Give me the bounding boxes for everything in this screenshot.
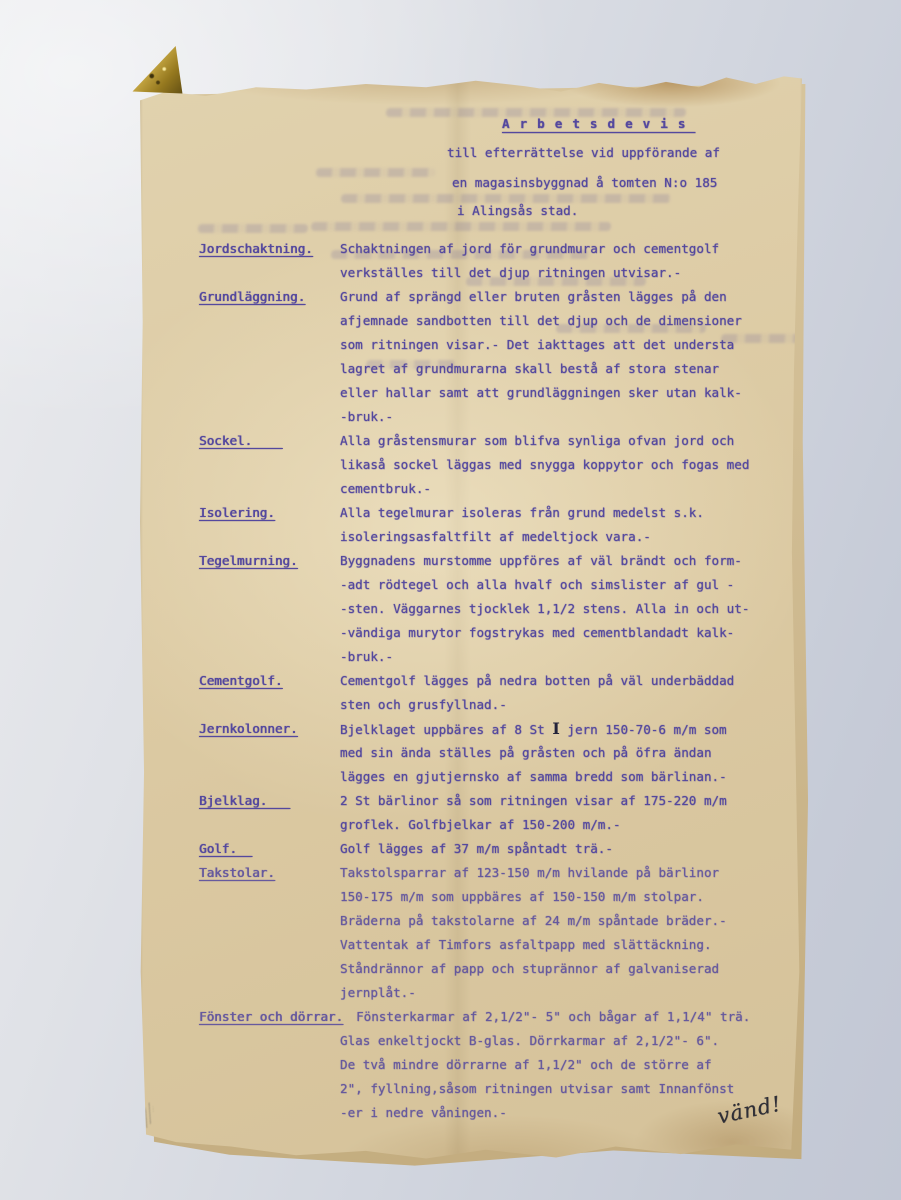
document-page: Arbetsdevis till efterrättelse vid uppfö… (136, 72, 806, 1164)
subtitle-line-1: till efterrättelse vid uppförande af (447, 145, 720, 160)
text-line: Bräderna på takstolarne af 24 m/m spånta… (340, 909, 806, 933)
section-lines: Byggnadens murstomme uppföres af väl brä… (340, 549, 806, 669)
section-lines: Grund af sprängd eller bruten gråsten lä… (340, 285, 806, 429)
text-line: 2 St bärlinor så som ritningen visar af … (340, 789, 806, 813)
section-label: Isolering. (199, 501, 275, 525)
section-label: Cementgolf. (199, 669, 282, 693)
section-lines: Schaktningen af jord för grundmurar och … (340, 237, 806, 285)
text-line: De två mindre dörrarne af 1,1/2" och de … (340, 1053, 806, 1077)
text-line: Glas enkeltjockt B-glas. Dörrkarmar af 2… (340, 1029, 806, 1053)
text-line: Vattentak af Timfors asfaltpapp med slät… (340, 933, 806, 957)
subtitle-line-2: en magasinsbyggnad å tomten N:o 185 (452, 175, 717, 190)
section-row: Fönster och dörrar.Fönsterkarmar af 2,1/… (136, 1005, 806, 1125)
text-line: jernplåt.- (340, 981, 806, 1005)
text-line: Bjelklaget uppbäres af 8 St I jern 150-7… (340, 717, 806, 741)
text-line: Alla tegelmurar isoleras från grund mede… (340, 501, 806, 525)
text-line: likaså sockel läggas med snygga koppytor… (340, 453, 806, 477)
text-line: 2", fyllning,såsom ritningen utvisar sam… (340, 1077, 806, 1101)
brass-corner-clip (132, 45, 184, 95)
bleedthrough-smudge (311, 222, 611, 231)
section-label: Tegelmurning. (199, 549, 298, 573)
text-line: Ståndrännor af papp och stuprännor af ga… (340, 957, 806, 981)
bleedthrough-smudge (198, 224, 308, 233)
section-row: Bjelklag. 2 St bärlinor så som ritningen… (136, 789, 806, 837)
text-line: sten och grusfyllnad.- (340, 693, 806, 717)
section-lines: Alla tegelmurar isoleras från grund mede… (340, 501, 806, 549)
section-label: Bjelklag. (199, 789, 290, 813)
section-lines: Golf lägges af 37 m/m spåntadt trä.- (340, 837, 806, 861)
section-lines: Takstolsparrar af 123-150 m/m hvilande p… (340, 861, 806, 1005)
text-line: lägges en gjutjernsko af samma bredd som… (340, 765, 806, 789)
text-line: -bruk.- (340, 645, 806, 669)
ibeam-symbol: I (552, 719, 559, 738)
text-line: Fönster och dörrar.Fönsterkarmar af 2,1/… (199, 1005, 806, 1029)
text-line: Grund af sprängd eller bruten gråsten lä… (340, 285, 806, 309)
section-label: Takstolar. (199, 861, 275, 885)
text-line: Golf lägges af 37 m/m spåntadt trä.- (340, 837, 806, 861)
section-row: Jernkolonner. Bjelklaget uppbäres af 8 S… (136, 717, 806, 789)
section-label: Sockel. (199, 429, 282, 453)
document-title: Arbetsdevis (502, 116, 695, 131)
section-row: Golf. Golf lägges af 37 m/m spåntadt trä… (136, 837, 806, 861)
text-line: groflek. Golfbjelkar af 150-200 m/m.- (340, 813, 806, 837)
section-row: Cementgolf. Cementgolf lägges på nedra b… (136, 669, 806, 717)
section-label: Jernkolonner. (199, 717, 298, 741)
text-line: Cementgolf lägges på nedra botten på väl… (340, 669, 806, 693)
text-line: isoleringsasfaltfilt af medeltjock vara.… (340, 525, 806, 549)
text-line: med sin ända ställes på gråsten och på ö… (340, 741, 806, 765)
text-line: eller hallar samt att grundläggningen sk… (340, 381, 806, 405)
text-line: Byggnadens murstomme uppföres af väl brä… (340, 549, 806, 573)
text-line: 150-175 m/m som uppbäres af 150-150 m/m … (340, 885, 806, 909)
text-line: -adt rödtegel och alla hvalf och simslis… (340, 573, 806, 597)
section-row: Grundläggning. Grund af sprängd eller br… (136, 285, 806, 429)
text-line: som ritningen visar.- Det iakttages att … (340, 333, 806, 357)
subtitle-line-3: i Alingsås stad. (457, 203, 578, 218)
photo-background: Arbetsdevis till efterrättelse vid uppfö… (0, 0, 901, 1200)
section-label: Golf. (199, 837, 252, 861)
section-row: Sockel. Alla gråstensmurar som blifva sy… (136, 429, 806, 501)
section-lines: Bjelklaget uppbäres af 8 St I jern 150-7… (340, 717, 806, 789)
text-line: afjemnade sandbotten till det djup och d… (340, 309, 806, 333)
section-row: Jordschaktning. Schaktningen af jord för… (136, 237, 806, 285)
text-line: -bruk.- (340, 405, 806, 429)
document-body: Jordschaktning. Schaktningen af jord för… (136, 237, 806, 1125)
section-row: Isolering. Alla tegelmurar isoleras från… (136, 501, 806, 549)
text-line: verkställes till det djup ritningen utvi… (340, 261, 806, 285)
section-label: Fönster och dörrar. (199, 1009, 356, 1024)
section-lines: 2 St bärlinor så som ritningen visar af … (340, 789, 806, 837)
section-row: Tegelmurning. Byggnadens murstomme uppfö… (136, 549, 806, 669)
section-lines: Alla gråstensmurar som blifva synliga of… (340, 429, 806, 501)
text-line: -vändiga murytor fogstrykas med cementbl… (340, 621, 806, 645)
section-label: Grundläggning. (199, 285, 305, 309)
text-line: Alla gråstensmurar som blifva synliga of… (340, 429, 806, 453)
section-row: Takstolar. Takstolsparrar af 123-150 m/m… (136, 861, 806, 1005)
text-line: Schaktningen af jord för grundmurar och … (340, 237, 806, 261)
bleedthrough-smudge (316, 168, 436, 177)
section-lines: Cementgolf lägges på nedra botten på väl… (340, 669, 806, 717)
text-line: cementbruk.- (340, 477, 806, 501)
bleedthrough-smudge (341, 194, 671, 203)
text-line: Takstolsparrar af 123-150 m/m hvilande p… (340, 861, 806, 885)
section-label: Jordschaktning. (199, 237, 313, 261)
text-line: lagret af grundmurarna skall bestå af st… (340, 357, 806, 381)
text-line: -sten. Väggarnes tjocklek 1,1/2 stens. A… (340, 597, 806, 621)
